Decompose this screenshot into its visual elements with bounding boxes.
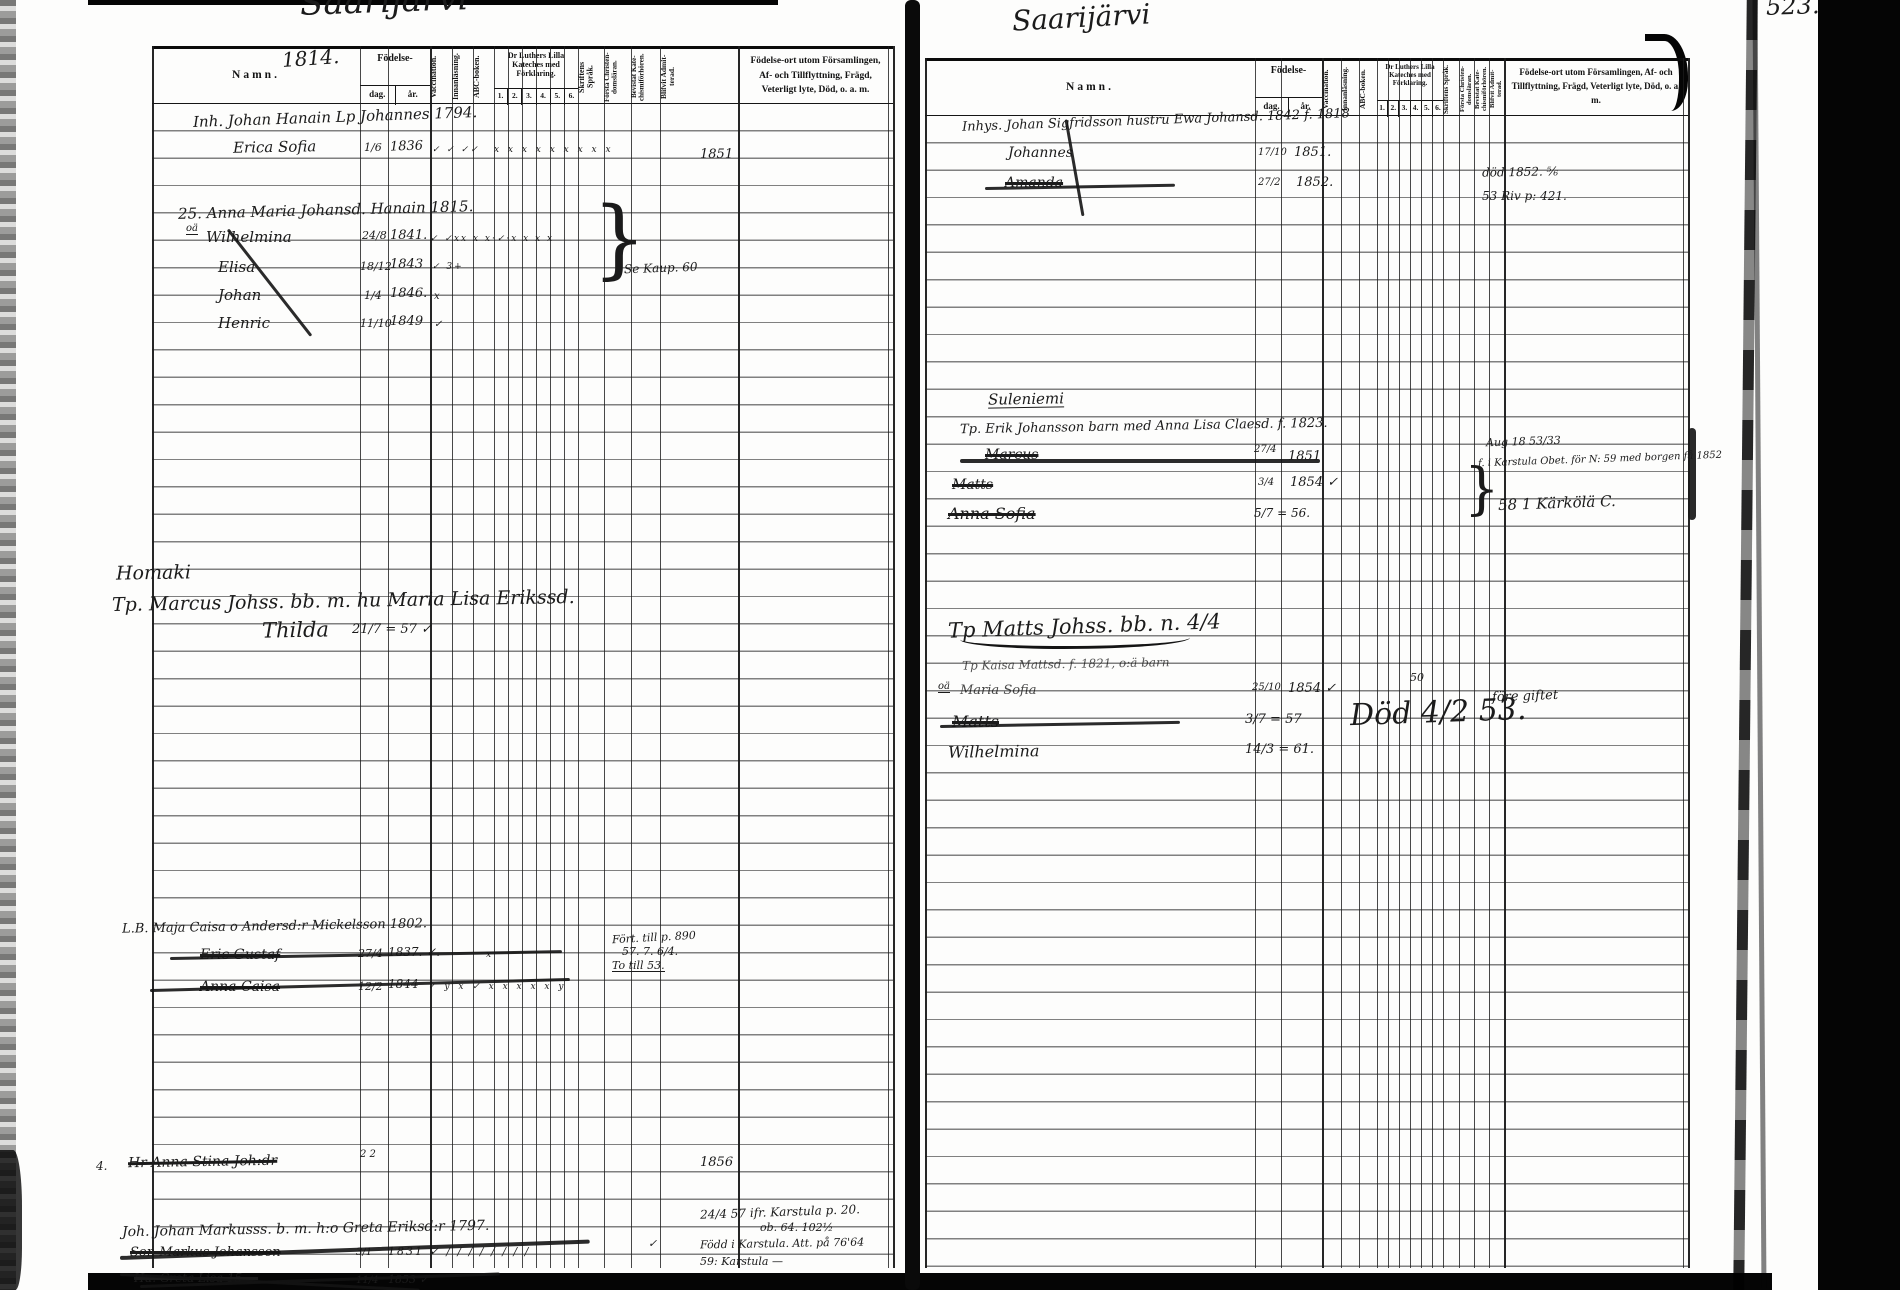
column-header-abc: ABC-boken. (1359, 61, 1377, 117)
book-gutter-shadow (905, 0, 920, 1290)
catechism-col-2: 2. (507, 89, 521, 105)
handwriting-entry: oä (186, 224, 198, 235)
column-line (550, 46, 551, 1268)
birth-label: Födelse- (360, 49, 430, 64)
column-header-first-doctrine: Första Christen-domsläran. (604, 49, 631, 105)
column-line (1688, 58, 1690, 1268)
birth-subrow: dag. år. (360, 85, 430, 105)
handwriting-entry: Född i Karstula. Att. på 76'64 (700, 1237, 864, 1251)
column-line (536, 46, 537, 1268)
column-line (360, 46, 361, 1268)
handwriting-entry: Homaki (116, 563, 191, 583)
handwriting-entry: 17/10 (1258, 148, 1287, 158)
column-line (1410, 58, 1411, 1268)
strike-through-stroke (960, 459, 1320, 463)
column-header-abc: ABC-boken. (473, 49, 494, 105)
column-line (473, 46, 474, 1268)
handwriting-entry: Död 4/2 53. (1350, 695, 1527, 731)
catechism-col-6: 6. (564, 89, 578, 105)
handwriting-entry: 27/4 (1254, 445, 1276, 455)
catechism-col-1: 1. (494, 89, 507, 105)
column-line (1432, 58, 1433, 1268)
column-line (1683, 58, 1684, 1268)
handwriting-entry: ✓ (648, 1238, 657, 1249)
column-header-attended: Bevistat Kate-chismiförhören. (631, 49, 660, 105)
left-page-title: Saarijärvi (299, 0, 468, 21)
column-header-admitted: Blifvit Admit-terad. (1489, 61, 1504, 117)
column-line (1443, 58, 1444, 1268)
column-line (1489, 58, 1490, 1268)
handwriting-entry: 50 (1410, 672, 1424, 683)
column-line (564, 46, 565, 1268)
handwriting-entry: 5/7 = 56. (1254, 507, 1310, 519)
column-header-scripture: Skriftens Språk. (1443, 61, 1459, 117)
handwriting-entry: 57. 7. 6/4. (622, 946, 678, 957)
handwriting-entry: ob. 64. 102½ (760, 1222, 833, 1233)
column-line (1459, 58, 1460, 1268)
handwriting-entry: Erica Sofia (233, 139, 317, 155)
handwriting-entry: 1/6 (364, 142, 382, 153)
column-line (1474, 58, 1475, 1268)
handwriting-entry: Matts (952, 478, 993, 492)
handwriting-entry: 25/10 (1252, 683, 1281, 693)
catechism-col-4: 4. (536, 89, 550, 105)
scan-artifact-blotch (0, 1150, 22, 1290)
column-line (1359, 58, 1360, 1268)
handwriting-entry: 24/8 (362, 230, 387, 241)
birth-label: Födelse- (1255, 61, 1322, 76)
catechism-col-4: 4. (1410, 101, 1421, 117)
column-line (1504, 58, 1506, 1268)
handwriting-entry: ✓ ✓xx x x·✓·x x x x (430, 235, 554, 244)
handwriting-entry: Tp Kaisa Mattsd. f. 1821, o:ä barn (962, 656, 1170, 672)
handwriting-entry: 1/4 (364, 290, 382, 301)
handwriting-entry: 1856 (700, 1156, 733, 1169)
column-header-reading: Innanläsning. (452, 49, 473, 105)
handwriting-entry: 59: Karstula — (700, 1256, 783, 1267)
scan-artifact-right-edge (1818, 0, 1900, 1290)
column-line (452, 46, 453, 1268)
column-line (1377, 58, 1378, 1268)
handwriting-entry: x x x x x x x x x (494, 146, 614, 155)
column-header-vaccination: Vaccination. (430, 49, 452, 105)
column-header-attended: Bevistat Kate-chismiförhören. (1474, 61, 1489, 117)
column-line (508, 46, 509, 1268)
handwriting-entry: Hr Anna Stina Joh:dr (128, 1154, 277, 1171)
column-line (1281, 58, 1282, 1268)
column-header-first-doctrine: Första Christen-domsläran. (1459, 61, 1474, 117)
catechism-col-5: 5. (550, 89, 564, 105)
handwriting-entry: oä (938, 682, 950, 693)
handwriting-entry: 1852. (1296, 176, 1333, 189)
handwriting-entry: 11/10 (360, 318, 392, 329)
handwriting-entry: Suleniemi (988, 391, 1064, 408)
column-line (522, 46, 523, 1268)
catechism-col-3: 3. (1398, 101, 1409, 117)
column-line (1421, 58, 1422, 1268)
handwriting-entry: 1854 ✓ (1290, 476, 1338, 489)
handwriting-entry: x (434, 292, 440, 302)
handwriting-entry: ✓ ✓ ✓✓ (432, 146, 480, 155)
column-line (388, 46, 389, 1268)
handwriting-entry: död 1852. ⅚ (1482, 165, 1558, 178)
column-line (1322, 58, 1324, 1268)
column-line (738, 46, 740, 1268)
handwriting-entry: 4. (96, 1160, 107, 1172)
column-header-birth: Födelse- dag. år. (360, 49, 430, 105)
year-note: 1814. (281, 46, 340, 70)
handwriting-entry: Anna Sofia (948, 506, 1036, 522)
handwriting-entry: 1854 ✓ (1288, 682, 1336, 695)
handwriting-entry: 1851 (700, 148, 733, 161)
handwriting-entry: Elisa (218, 260, 255, 275)
scan-artifact-left-edge (0, 0, 16, 1290)
handwriting-entry: 1843 (390, 258, 423, 271)
handwriting-entry: 58 1 Kärkölä C. (1498, 494, 1616, 513)
column-line (893, 46, 895, 1268)
handwriting-entry: 18/12 (360, 261, 392, 272)
birth-day-label: dag. (360, 86, 395, 105)
catechism-col-5: 5. (1421, 101, 1432, 117)
handwriting-entry: Johan (218, 288, 261, 303)
catechism-col-3: 3. (521, 89, 535, 105)
birth-year-label: år. (395, 86, 431, 105)
handwriting-entry: 12/2 (358, 981, 383, 992)
handwriting-entry: 14/3 = 61. (1245, 743, 1314, 756)
column-line (888, 46, 889, 1268)
handwriting-entry: Se Kaup. 60 (624, 261, 698, 276)
handwriting-entry: Wilhelmina (206, 230, 292, 245)
column-line (578, 46, 579, 1268)
handwriting-entry: Johannes (1008, 146, 1073, 160)
handwriting-entry: Wilhelmina (948, 743, 1040, 761)
handwriting-entry: ✓ y x ✓ x x x x x y (428, 983, 566, 992)
column-line (1399, 58, 1400, 1268)
column-header-birthplace: Födelse-ort utom Församlingen, Af- och T… (738, 49, 893, 105)
column-header-name: Namn. (925, 61, 1255, 117)
catechism-col-1: 1. (1377, 101, 1387, 117)
handwriting-entry: 2 2 (360, 1150, 376, 1160)
handwriting-entry: 1836 (390, 139, 424, 153)
handwriting-entry: 1849 (390, 315, 423, 328)
handwriting-entry: 3/7 = 57 (1245, 713, 1302, 726)
handwriting-entry: Maria Sofia (960, 684, 1036, 697)
handwriting-entry: 1844 (388, 978, 419, 990)
handwriting-entry: 53 Riv p: 421. (1482, 190, 1567, 202)
handwriting-entry: 3/4 (1258, 478, 1274, 488)
column-header-admitted: Blifvit Admit-terad. (660, 49, 738, 105)
handwriting-entry: 21/7 = 57 ✓ (352, 623, 432, 636)
column-line (152, 46, 154, 1268)
column-header-birthplace: Födelse-ort utom Församlingen, Af- och T… (1504, 61, 1688, 117)
column-line (1255, 58, 1256, 1268)
handwriting-entry: } (1464, 462, 1500, 518)
handwriting-entry: 27/2 (1258, 178, 1280, 188)
column-header-scripture: Skriftens Språk. (578, 49, 604, 105)
column-line (660, 46, 661, 1268)
handwriting-entry: Thilda (262, 619, 329, 641)
handwriting-entry: Aug 18 53/33 (1486, 435, 1561, 449)
handwriting-entry: 1851. (1294, 146, 1331, 159)
right-page-title: Saarijärvi (1011, 0, 1151, 35)
handwriting-entry: ✓ 3+ (432, 263, 464, 272)
handwriting-entry: 1841. (390, 229, 427, 242)
handwriting-entry: 1846. (390, 287, 427, 300)
handwriting-entry: 1851 (1288, 450, 1321, 463)
scanned-parish-register: Namn. Födelse- dag. år. Vaccination. Inn… (0, 0, 1900, 1290)
column-line (430, 46, 432, 1268)
column-line (925, 58, 927, 1268)
column-line (1388, 58, 1389, 1268)
handwriting-entry: ✓ (434, 320, 442, 330)
page-number: 523. (1766, 0, 1820, 19)
handwriting-entry: To till 53. (612, 960, 665, 972)
handwriting-entry: Henric (218, 316, 270, 331)
column-line (494, 46, 495, 1268)
column-line (1341, 58, 1342, 1268)
scan-artifact-streak (1752, 0, 1766, 1290)
